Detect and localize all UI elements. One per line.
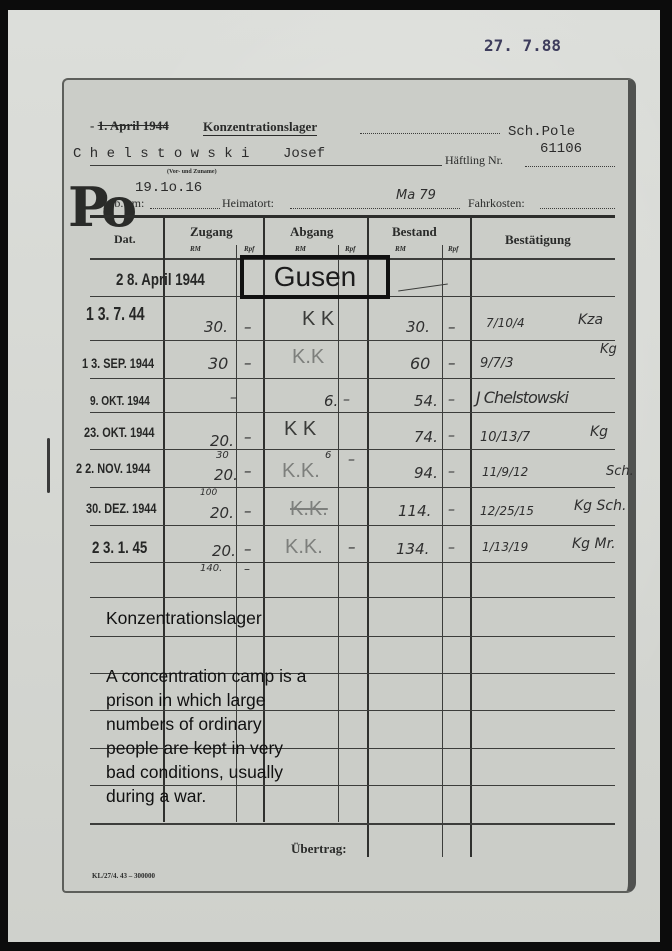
row-date: 2 8. April 1944 [116, 270, 205, 290]
col-divider [442, 245, 443, 857]
col-divider [367, 217, 369, 857]
bestand-rpf: – [448, 354, 456, 372]
bestand-rpf: – [448, 428, 455, 444]
abgang-rm: K K [302, 308, 334, 331]
zugang-rpf: – [244, 462, 252, 480]
row-date: 1 3. 7. 44 [86, 304, 145, 325]
row-rule [90, 378, 615, 379]
rule [525, 166, 615, 167]
abgang-rm: K K [284, 418, 316, 441]
zugang-rm: 20. [214, 466, 238, 484]
zugang-rpf: – [244, 562, 250, 576]
bestand-rm: 134. [396, 540, 429, 558]
prisoner-number: 61106 [540, 141, 582, 157]
row-date: 2 2. NOV. 1944 [76, 460, 150, 476]
hometown-label: Heimatort: [222, 196, 274, 211]
header-rm: RM [395, 245, 406, 253]
zugang-rm: 30 [208, 354, 228, 373]
bestand-rpf: – [448, 540, 455, 556]
abgang-note: 6 [325, 450, 331, 461]
confirmation: 9/7/3 [480, 356, 514, 371]
annotation-heading: Konzentrationslager [106, 606, 262, 630]
rule [540, 208, 615, 209]
row-date: 2 3. 1. 45 [92, 538, 147, 558]
header-zugang: Zugang [190, 224, 233, 240]
row-rule [90, 525, 615, 526]
bestand-rpf: – [448, 502, 455, 518]
row-rule [90, 449, 615, 450]
bestand-rpf: – [448, 464, 455, 480]
initials: Kg Sch. [574, 498, 626, 514]
struck-date-line: - 1. April 1944 [90, 118, 169, 134]
bestand-rpf: – [448, 318, 456, 336]
header-rm: RM [295, 245, 306, 253]
form-title: Konzentrationslager [203, 119, 317, 136]
zugang-rm: 20. [210, 504, 234, 522]
bestand-rm: 114. [398, 502, 431, 520]
bestand-rpf: – [448, 392, 455, 408]
bestand-rm: 30. [406, 318, 430, 336]
abgang-rm: 6. [324, 392, 338, 410]
annotation-line: during a war. [106, 784, 306, 808]
abgang-rm: K.K. [282, 460, 320, 483]
col-divider [470, 217, 472, 857]
punch-mark [47, 438, 50, 493]
initials: Kza [578, 312, 603, 328]
confirmation: 10/13/7 [480, 430, 530, 445]
po-stamp: Po [68, 180, 131, 234]
row-date: 30. DEZ. 1944 [86, 500, 156, 516]
table-bottom-rule [90, 823, 615, 825]
initials: Kg Mr. [572, 536, 616, 552]
hometown-value: Ma 79 [396, 188, 436, 203]
annotation-line: A concentration camp is a [106, 664, 306, 688]
zugang-note: 30 [216, 450, 229, 461]
abgang-rpf: – [343, 392, 350, 408]
col-divider [338, 245, 339, 822]
struck-date: 1. April 1944 [98, 118, 169, 133]
initials: Kg [600, 342, 617, 357]
abgang-rm: K.K. [290, 498, 328, 521]
bestand-rm: 74. [414, 428, 438, 446]
gusen-highlight-box: Gusen [240, 255, 390, 299]
prisoner-name: C h e l s t o w s k i Josef [73, 146, 325, 162]
prisoner-signature: J Chelstowski [476, 388, 568, 407]
confirmation: 7/10/4 [486, 316, 525, 330]
annotation-line: bad conditions, usually [106, 760, 306, 784]
zugang-rm: 20. [210, 432, 234, 450]
abgang-rm: K.K [292, 346, 324, 369]
header-abgang: Abgang [290, 224, 333, 240]
zugang-rpf: – [244, 318, 252, 336]
rule [360, 133, 500, 134]
rule [90, 165, 442, 166]
annotation-body: A concentration camp is a prison in whic… [106, 664, 306, 808]
header-rpf: Rpf [448, 245, 459, 253]
name-label: (Vor- und Zuname) [167, 169, 217, 175]
initials: Sch. [606, 464, 634, 479]
zugang-rpf: – [244, 428, 252, 446]
row-date: 1 3. SEP. 1944 [82, 355, 154, 371]
annotation-line: people are kept in very [106, 736, 306, 760]
header-date: Dat. [114, 232, 136, 247]
bestand-rm: 54. [414, 392, 438, 410]
zugang-rpf: – [230, 390, 237, 406]
header-bestaetigung: Bestätigung [505, 232, 571, 248]
birth-date: 19.1o.16 [135, 180, 202, 196]
confirmation: 1/13/19 [482, 540, 528, 554]
abgang-rpf: – [348, 452, 355, 468]
zugang-rm: 30. [204, 318, 228, 336]
archive-date-stamp: 27. 7.88 [484, 36, 561, 55]
row-rule [90, 636, 615, 637]
row-date: 23. OKT. 1944 [84, 424, 154, 440]
header-rpf: Rpf [345, 245, 356, 253]
bestand-rm: 94. [414, 464, 438, 482]
zugang-rpf: – [244, 502, 252, 520]
row-date: 9. OKT. 1944 [90, 393, 150, 408]
prisoner-number-label: Häftling Nr. [445, 153, 503, 168]
header-rpf: Rpf [244, 245, 255, 253]
abgang-rm: K.K. [285, 536, 323, 559]
abgang-rpf: – [348, 538, 356, 556]
row-rule [90, 340, 615, 341]
zugang-rm: 20. [212, 542, 236, 560]
zugang-note: 100 [200, 488, 217, 498]
form-code: KL/27/4. 43 – 300000 [92, 872, 155, 880]
row-rule [90, 562, 615, 563]
annotation-line: prison in which large [106, 688, 306, 712]
row-rule [90, 597, 615, 598]
carry-over-label: Übertrag: [291, 841, 347, 857]
row-rule [90, 487, 615, 488]
zugang-rpf: – [244, 540, 252, 558]
annotation-line: numbers of ordinary [106, 712, 306, 736]
zugang-total: 140. [200, 563, 222, 574]
travel-cost-label: Fahrkosten: [468, 196, 525, 211]
initials: Kg [590, 424, 608, 440]
confirmation: 12/25/15 [480, 504, 534, 518]
rule [150, 208, 220, 209]
zugang-rpf: – [244, 354, 252, 372]
rule [290, 208, 460, 209]
bestand-rm: 60 [410, 354, 430, 373]
row-rule [90, 412, 615, 413]
header-rm: RM [190, 245, 201, 253]
prisoner-category: Sch.Pole [508, 124, 575, 140]
confirmation: 11/9/12 [482, 465, 528, 479]
table-top-rule [90, 215, 615, 218]
header-bestand: Bestand [392, 224, 437, 240]
